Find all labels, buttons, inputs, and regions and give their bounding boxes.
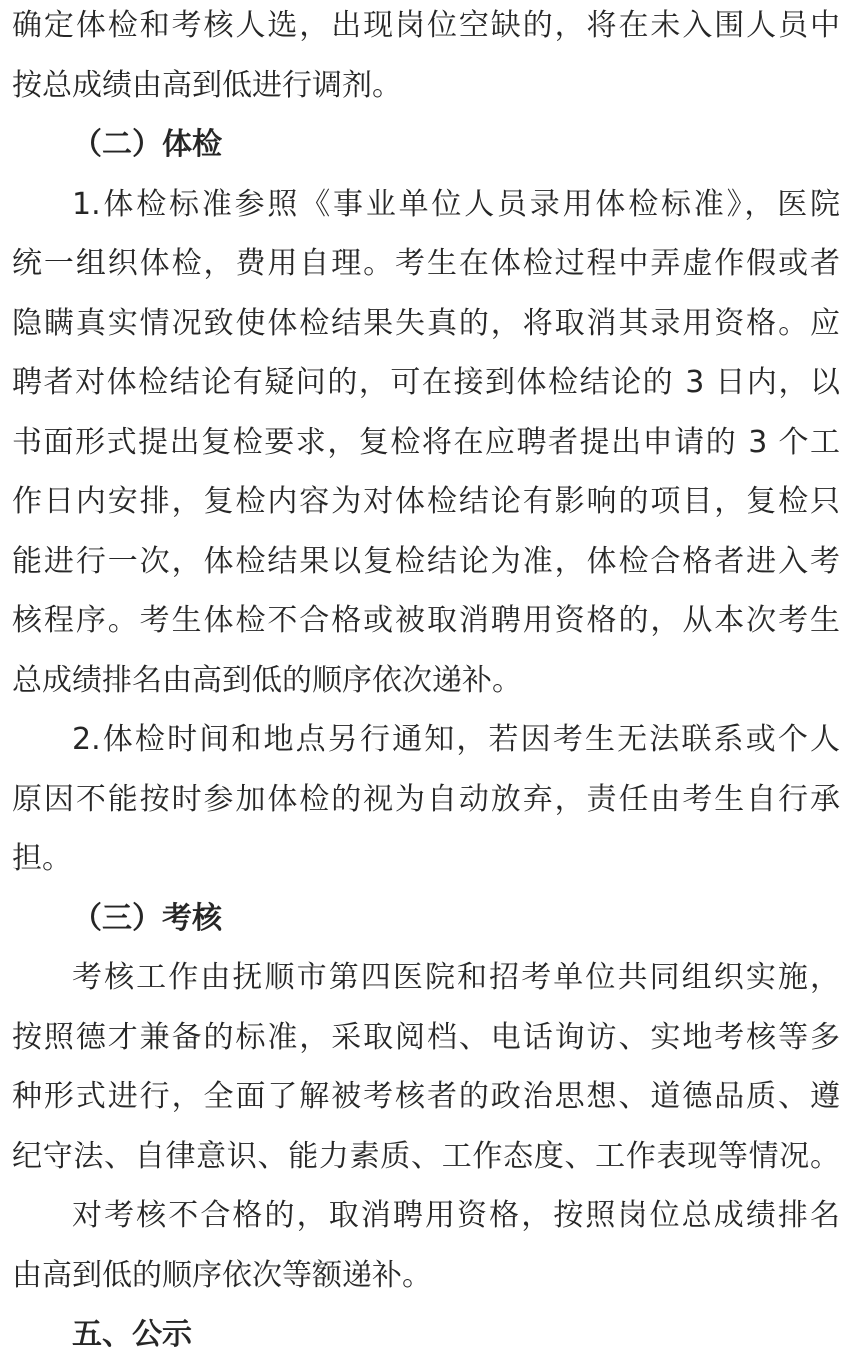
text-line-22: 由高到低的顺序依次等额递补。	[12, 1246, 840, 1306]
text-line-17: 考核工作由抚顺市第四医院和招考单位共同组织实施，	[12, 948, 840, 1008]
section-heading-tijian: （二）体检	[12, 115, 840, 175]
text-line-13: 2.体检时间和地点另行通知，若因考生无法联系或个人	[12, 710, 840, 770]
section-heading-kaohe: （三）考核	[12, 889, 840, 949]
text-line-10: 能进行一次，体检结果以复检结论为准，体检合格者进入考	[12, 532, 840, 592]
text-line-2: 按总成绩由高到低进行调剂。	[12, 56, 840, 116]
text-line-21: 对考核不合格的，取消聘用资格，按照岗位总成绩排名	[12, 1186, 840, 1246]
text-line-14: 原因不能按时参加体检的视为自动放弃，责任由考生自行承	[12, 770, 840, 830]
text-line-20: 纪守法、自律意识、能力素质、工作态度、工作表现等情况。	[12, 1127, 840, 1187]
document-page: 确定体检和考核人选，出现岗位空缺的，将在未入围人员中 按总成绩由高到低进行调剂。…	[0, 0, 862, 1363]
text-line-11: 核程序。考生体检不合格或被取消聘用资格的，从本次考生	[12, 591, 840, 651]
document-body: 确定体检和考核人选，出现岗位空缺的，将在未入围人员中 按总成绩由高到低进行调剂。…	[12, 0, 840, 1363]
text-line-7: 聘者对体检结论有疑问的，可在接到体检结论的 3 日内，以	[12, 353, 840, 413]
text-line-9: 作日内安排，复检内容为对体检结论有影响的项目，复检只	[12, 472, 840, 532]
text-line-4: 1.体检标准参照《事业单位人员录用体检标准》，医院	[12, 175, 840, 235]
text-line-5: 统一组织体检，费用自理。考生在体检过程中弄虚作假或者	[12, 234, 840, 294]
text-line-12: 总成绩排名由高到低的顺序依次递补。	[12, 651, 840, 711]
section-heading-gongshi: 五、公示	[12, 1305, 840, 1363]
text-line-6: 隐瞒真实情况致使体检结果失真的，将取消其录用资格。应	[12, 294, 840, 354]
text-line-8: 书面形式提出复检要求，复检将在应聘者提出申请的 3 个工	[12, 413, 840, 473]
text-line-19: 种形式进行，全面了解被考核者的政治思想、道德品质、遵	[12, 1067, 840, 1127]
text-line-1: 确定体检和考核人选，出现岗位空缺的，将在未入围人员中	[12, 0, 840, 56]
text-line-18: 按照德才兼备的标准，采取阅档、电话询访、实地考核等多	[12, 1008, 840, 1068]
text-line-15: 担。	[12, 829, 840, 889]
